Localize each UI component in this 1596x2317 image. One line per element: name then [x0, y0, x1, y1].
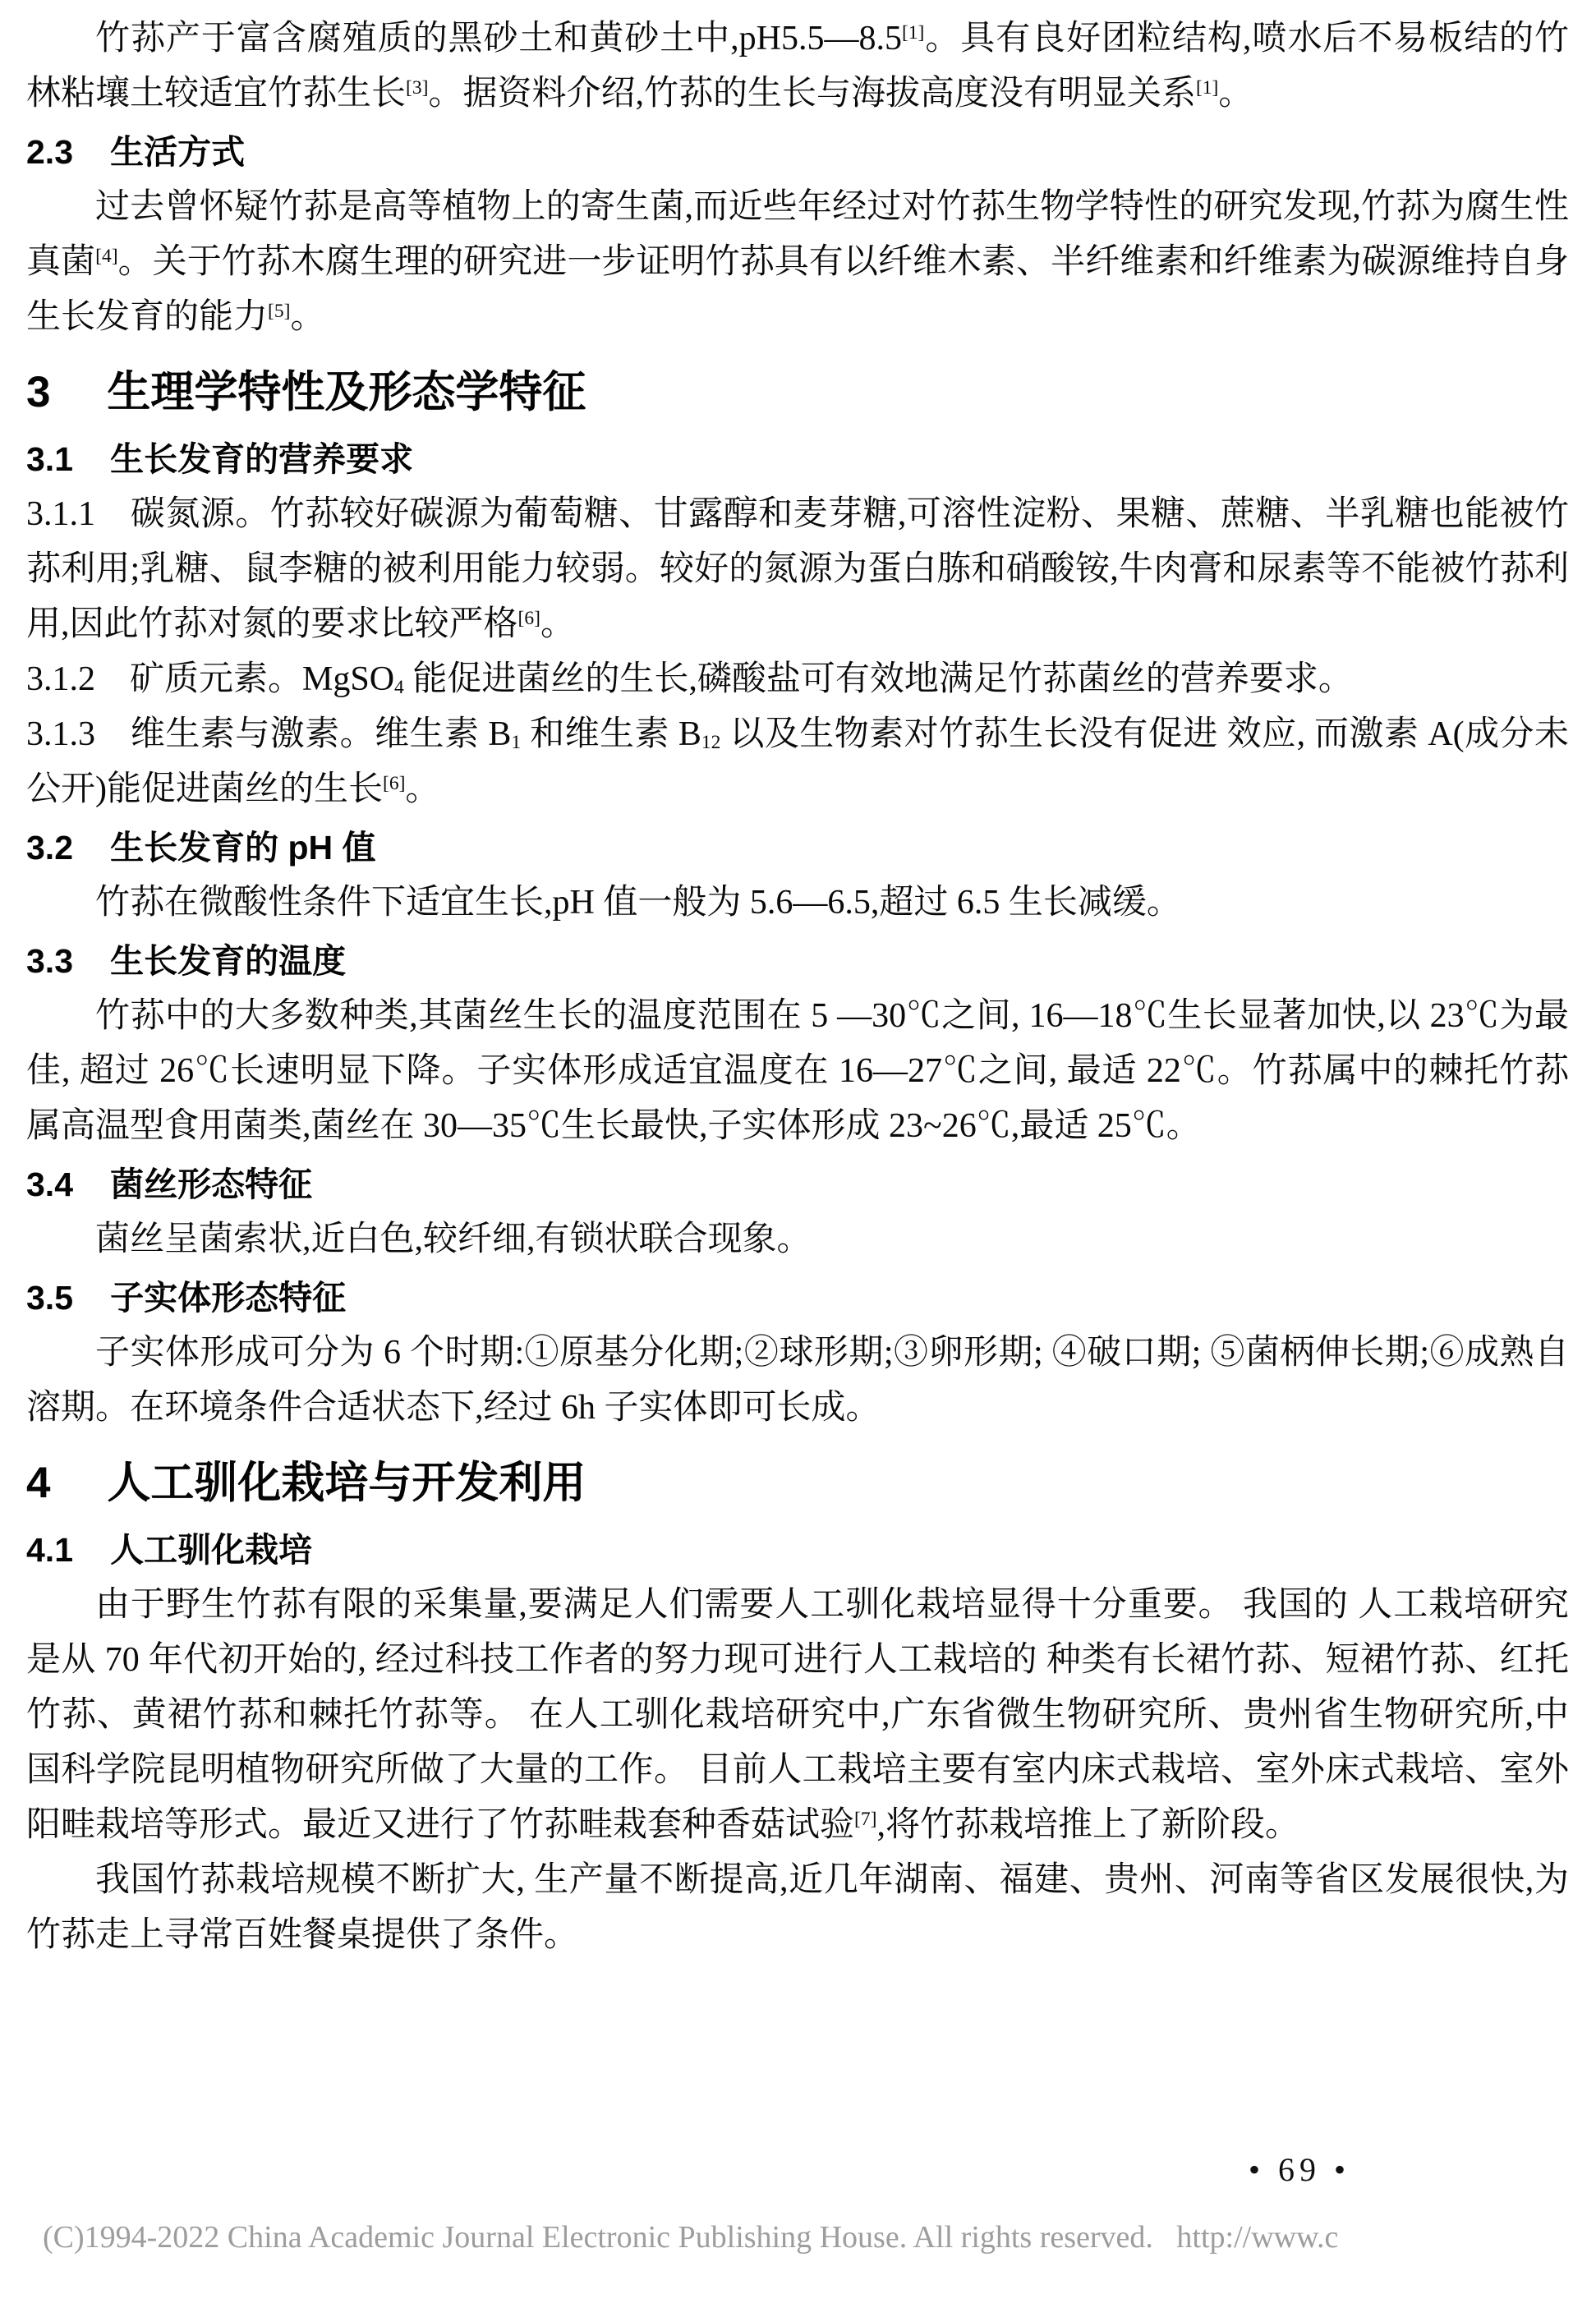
heading-number: 3.3 [26, 942, 73, 980]
citation-reference: [5] [268, 301, 290, 322]
heading-number: 3.5 [26, 1279, 73, 1317]
section-heading-3-3: 3.3生长发育的温度 [26, 934, 1569, 989]
heading-title: 子实体形态特征 [110, 1279, 346, 1317]
copyright-footer: (C)1994-2022 China Academic Journal Elec… [43, 2219, 1596, 2255]
heading-number: 3.4 [26, 1165, 73, 1203]
citation-reference: [3] [406, 77, 428, 99]
heading-number: 3.2 [26, 829, 73, 867]
citation-reference: [4] [95, 246, 117, 267]
section-heading-3-5: 3.5子实体形态特征 [26, 1271, 1569, 1326]
section-heading-4-1: 4.1人工驯化栽培 [26, 1523, 1569, 1578]
heading-number: 3.1 [26, 440, 73, 478]
section-heading-3-1: 3.1生长发育的营养要求 [26, 432, 1569, 487]
paragraph-vitamins-hormones: 3.1.3 维生素与激素。维生素 B1 和维生素 B12 以及生物素对竹荪生长没… [26, 707, 1569, 817]
citation-reference: [1] [902, 22, 924, 44]
section-heading-3: 3生理学特性及形态学特征 [26, 361, 1569, 424]
document-page: 竹荪产于富含腐殖质的黑砂土和黄砂土中,pH5.5—8.5[1]。具有良好团粒结构… [0, 0, 1596, 2317]
subscript: 4 [394, 677, 404, 698]
paragraph-ph-value: 竹荪在微酸性条件下适宜生长,pH 值一般为 5.6—6.5,超过 6.5 生长减… [26, 876, 1569, 931]
paragraph-mineral-elements: 3.1.2 矿质元素。MgSO4 能促进菌丝的生长,磷酸盐可有效地满足竹荪菌丝的… [26, 652, 1569, 707]
heading-number: 2.3 [26, 133, 73, 171]
section-heading-2-3: 2.3生活方式 [26, 125, 1569, 180]
paragraph-temperature: 竹荪中的大多数种类,其菌丝生长的温度范围在 5 —30℃之间, 16—18℃生长… [26, 989, 1569, 1154]
heading-number: 3 [26, 368, 50, 416]
heading-title: 生活方式 [110, 133, 245, 171]
paragraph-fruiting-body-stages: 子实体形成可分为 6 个时期:①原基分化期;②球形期;③卵形期; ④破口期; ⑤… [26, 1326, 1569, 1436]
paragraph-cultivation-scale: 我国竹荪栽培规模不断扩大, 生产量不断提高,近几年湖南、福建、贵州、河南等省区发… [26, 1853, 1569, 1963]
page-number: • 69 • [1249, 2150, 1350, 2189]
citation-reference: [1] [1196, 77, 1218, 99]
heading-title: 生长发育的温度 [110, 942, 346, 980]
subscript: 1 [511, 732, 521, 753]
paragraph-carbon-nitrogen-sources: 3.1.1 碳氮源。竹荪较好碳源为葡萄糖、甘露醇和麦芽糖,可溶性淀粉、果糖、蔗糖… [26, 487, 1569, 652]
citation-reference: [6] [518, 608, 540, 629]
section-heading-3-2: 3.2生长发育的 pH 值 [26, 821, 1569, 876]
page-body: 竹荪产于富含腐殖质的黑砂土和黄砂土中,pH5.5—8.5[1]。具有良好团粒结构… [26, 11, 1569, 1963]
citation-reference: [6] [383, 773, 405, 794]
paragraph-mycelium-morphology: 菌丝呈菌索状,近白色,较纤细,有锁状联合现象。 [26, 1212, 1569, 1267]
paragraph-life-mode: 过去曾怀疑竹荪是高等植物上的寄生菌,而近些年经过对竹荪生物学特性的研究发现,竹荪… [26, 180, 1569, 345]
section-heading-4: 4人工驯化栽培与开发利用 [26, 1452, 1569, 1515]
paragraph-domestication-cultivation: 由于野生竹荪有限的采集量,要满足人们需要人工驯化栽培显得十分重要。 我国的 人工… [26, 1578, 1569, 1853]
heading-title: 人工驯化栽培与开发利用 [107, 1459, 586, 1507]
heading-title: 菌丝形态特征 [110, 1165, 312, 1203]
section-heading-3-4: 3.4菌丝形态特征 [26, 1157, 1569, 1212]
heading-title: 生长发育的 pH 值 [110, 829, 375, 867]
heading-title: 生理学特性及形态学特征 [107, 368, 586, 416]
heading-title: 人工驯化栽培 [110, 1531, 312, 1569]
heading-number: 4.1 [26, 1531, 73, 1569]
paragraph-soil-conditions: 竹荪产于富含腐殖质的黑砂土和黄砂土中,pH5.5—8.5[1]。具有良好团粒结构… [26, 11, 1569, 122]
subscript: 12 [701, 732, 721, 753]
heading-number: 4 [26, 1459, 50, 1507]
citation-reference: [7] [854, 1809, 876, 1830]
heading-title: 生长发育的营养要求 [110, 440, 413, 478]
